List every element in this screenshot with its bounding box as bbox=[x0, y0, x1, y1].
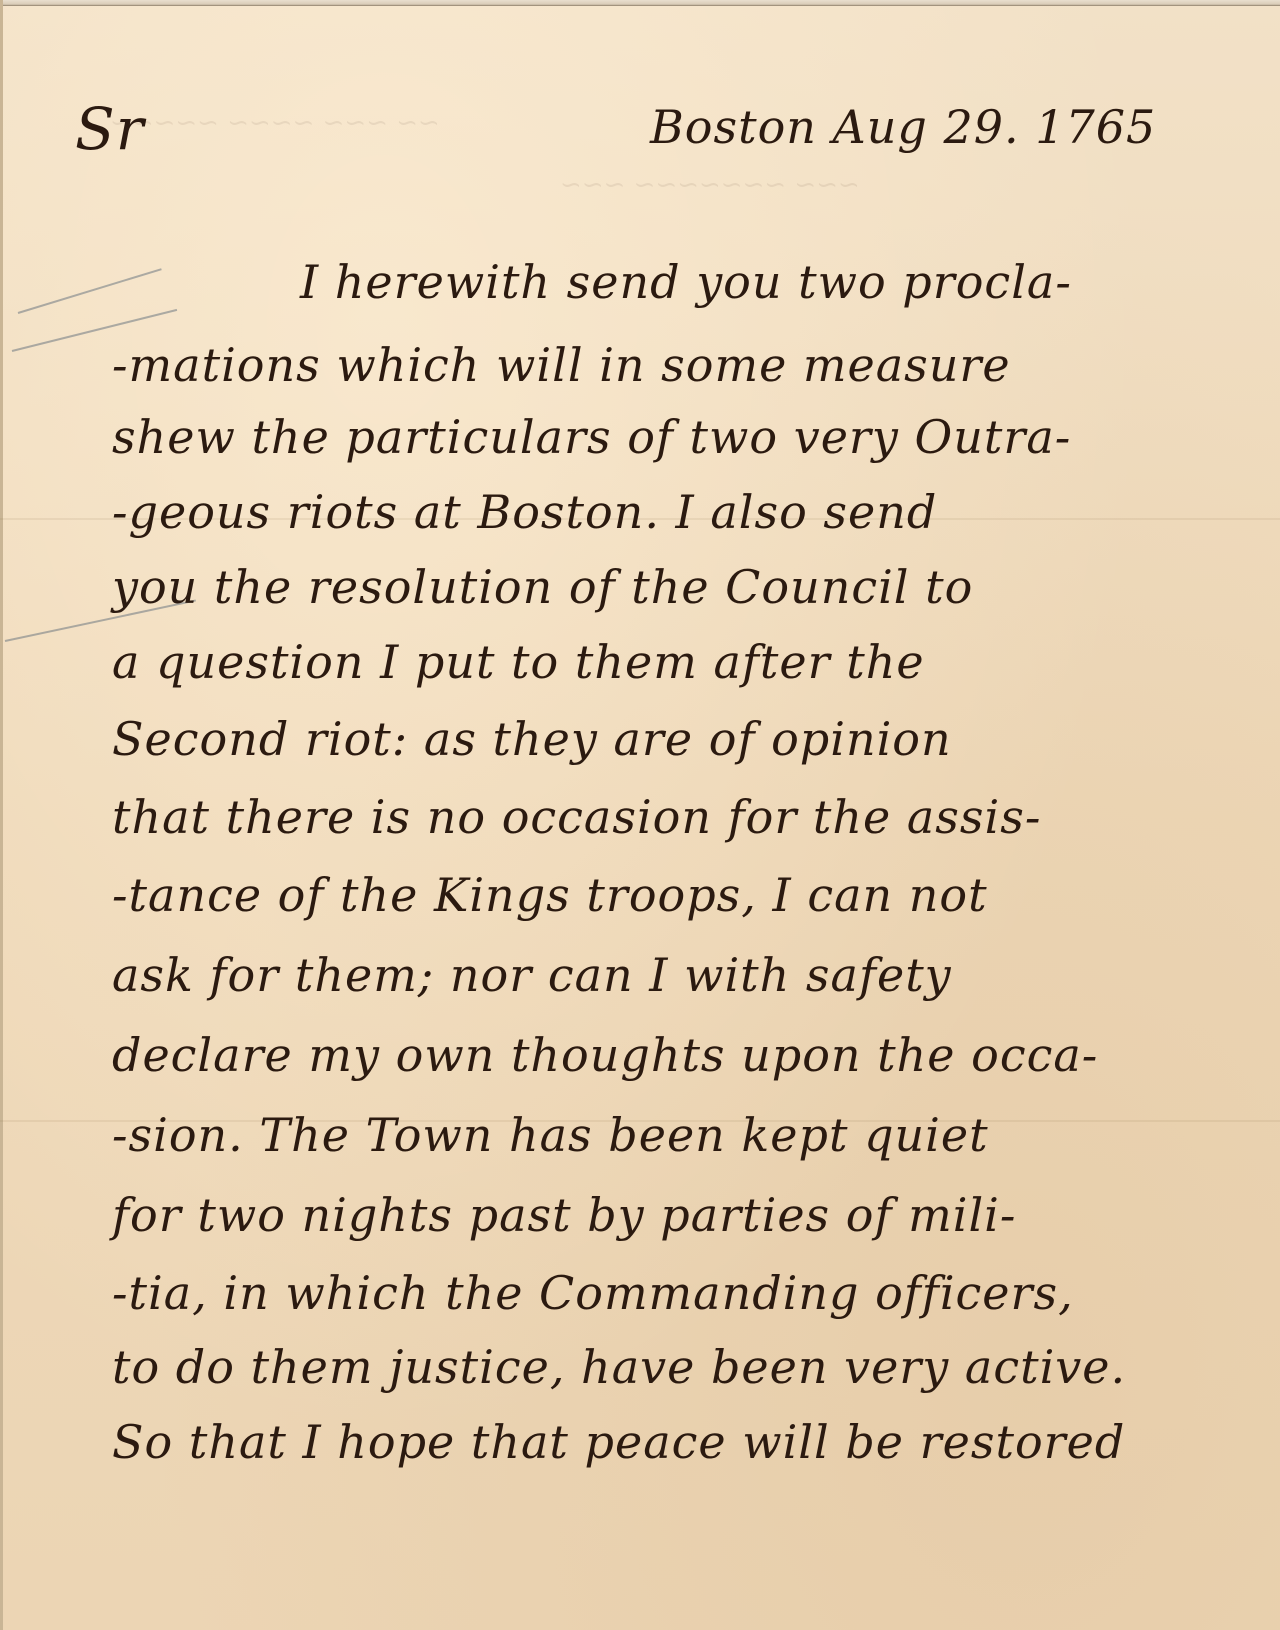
salutation: Sr bbox=[75, 95, 144, 163]
letter-line: to do them justice, have been very activ… bbox=[112, 1340, 1126, 1394]
letter-line: for two nights past by parties of mili- bbox=[112, 1188, 1016, 1242]
show-through-text: ~~ ~~~ ~~~~ ~~~~~ bbox=[110, 108, 440, 138]
letter-line: -geous riots at Boston. I also send bbox=[112, 485, 937, 539]
place: Boston bbox=[650, 100, 817, 154]
manuscript-page: ~~ ~~~ ~~~~ ~~~~~ ~~~ ~~~~~~~ ~~~ Sr Bos… bbox=[0, 0, 1280, 1630]
show-through-text: ~~~ ~~~~~~~ ~~~ bbox=[560, 170, 860, 200]
page-left-edge bbox=[0, 0, 3, 1630]
letter-line: -tance of the Kings troops, I can not bbox=[112, 868, 988, 922]
date: Aug 29. 1765 bbox=[833, 100, 1157, 154]
letter-line: I herewith send you two procla- bbox=[300, 255, 1072, 309]
page-top-edge bbox=[0, 0, 1280, 6]
letter-line: shew the particulars of two very Outra- bbox=[112, 410, 1071, 464]
dateline: Boston Aug 29. 1765 bbox=[650, 100, 1156, 154]
letter-line: -sion. The Town has been kept quiet bbox=[112, 1108, 989, 1162]
letter-line: ask for them; nor can I with safety bbox=[112, 948, 952, 1002]
letter-line: you the resolution of the Council to bbox=[112, 560, 973, 614]
letter-line: declare my own thoughts upon the occa- bbox=[112, 1028, 1098, 1082]
letter-line: Second riot: as they are of opinion bbox=[112, 712, 952, 766]
letter-line: -mations which will in some measure bbox=[112, 338, 1011, 392]
letter-line: a question I put to them after the bbox=[112, 635, 925, 689]
letter-line: that there is no occasion for the assis- bbox=[112, 790, 1041, 844]
letter-line: -tia, in which the Commanding officers, bbox=[112, 1266, 1074, 1320]
pencil-mark bbox=[18, 268, 162, 314]
letter-line: So that I hope that peace will be restor… bbox=[112, 1415, 1125, 1469]
